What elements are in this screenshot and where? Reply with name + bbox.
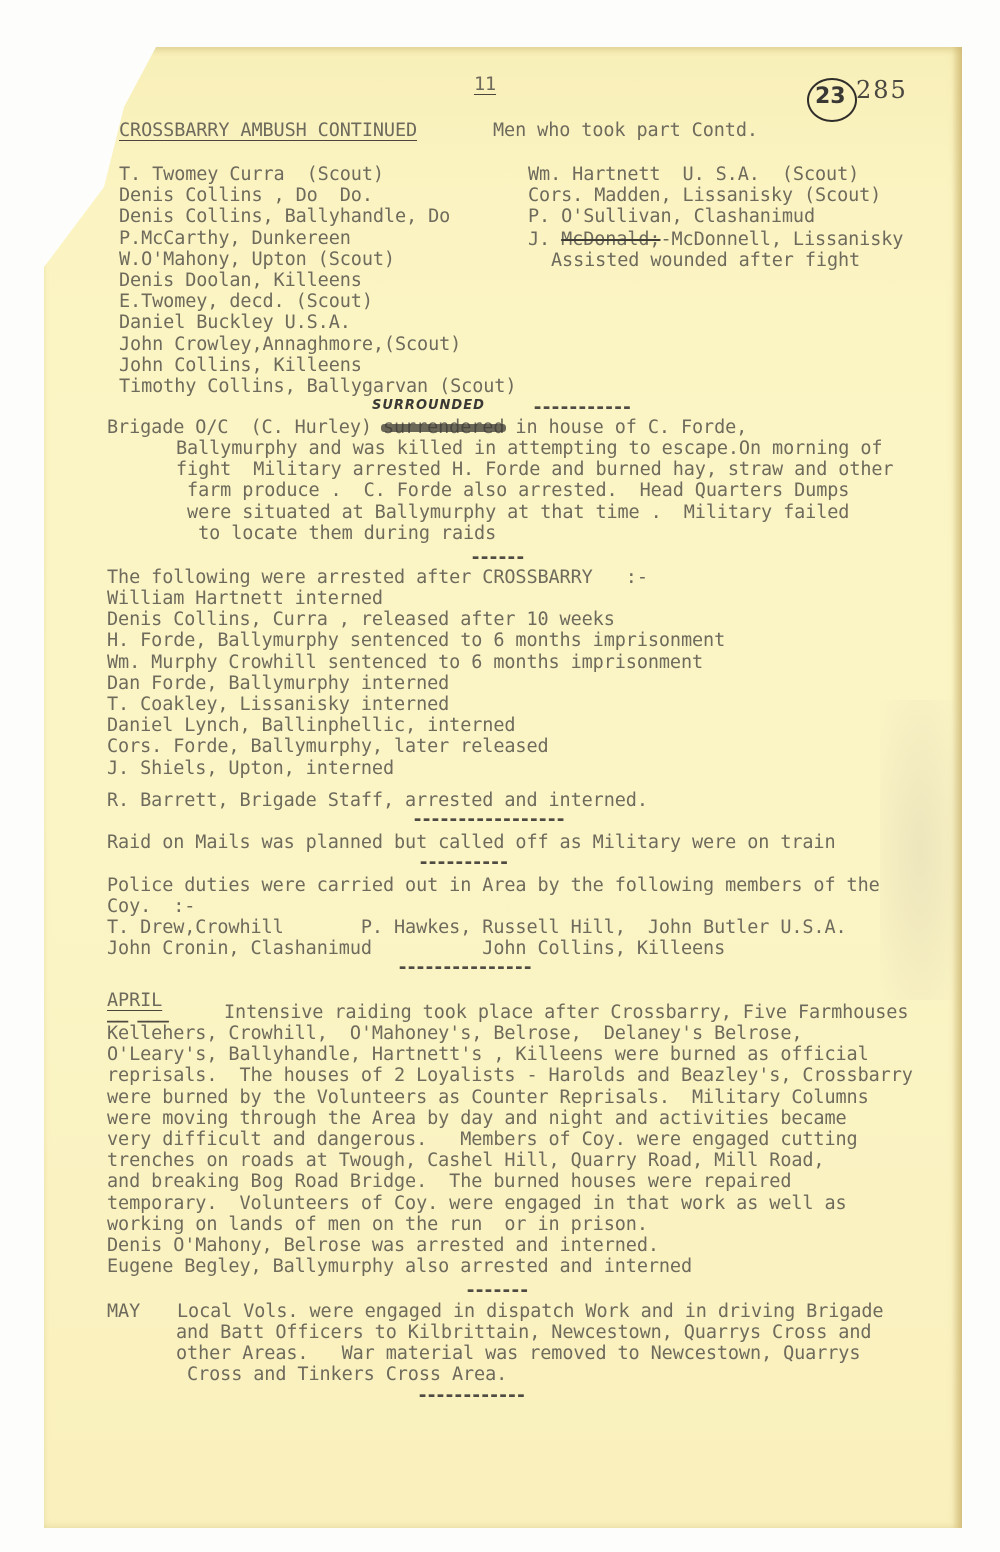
participant-mcdonnell-rest: -McDonnell, Lissanisky bbox=[660, 229, 903, 250]
brigade-paragraph-line: Ballymurphy and was killed in attempting… bbox=[176, 438, 882, 459]
arrest-entry: William Hartnett interned bbox=[107, 588, 383, 609]
page-number: 11 bbox=[440, 74, 530, 95]
april-paragraph-line: trenches on roads at Twough, Cashel Hill… bbox=[107, 1150, 824, 1171]
april-first-line: Intensive raiding took place after Cross… bbox=[224, 1002, 908, 1023]
april-paragraph-line: and breaking Bog Road Bridge. The burned… bbox=[107, 1171, 791, 1192]
arrest-entry: Denis Collins, Curra , released after 10… bbox=[107, 609, 615, 630]
arrest-entry: T. Coakley, Lissanisky interned bbox=[107, 694, 449, 715]
brigade-paragraph-line: were situated at Ballymurphy at that tim… bbox=[176, 502, 849, 523]
separator-6: ------- bbox=[465, 1280, 528, 1301]
participant-entry: Denis Collins, Ballyhandle, Do bbox=[119, 206, 450, 227]
handwritten-correction: SURROUNDED bbox=[372, 398, 485, 413]
participant-entry: W.O'Mahony, Upton (Scout) bbox=[119, 249, 395, 270]
participant-entry: Daniel Buckley U.S.A. bbox=[119, 312, 351, 333]
brigade-paragraph-line: to locate them during raids bbox=[176, 523, 496, 544]
participant-entry: T. Twomey Curra (Scout) bbox=[119, 164, 384, 185]
april-underline-dash: __ ___ bbox=[107, 1002, 168, 1023]
may-paragraph-line: other Areas. War material was removed to… bbox=[176, 1343, 860, 1364]
police-intro-line1: Police duties were carried out in Area b… bbox=[107, 875, 880, 896]
april-paragraph-line: were moving through the Area by day and … bbox=[107, 1108, 847, 1129]
april-paragraph-line: Eugene Begley, Ballymurphy also arrested… bbox=[107, 1256, 692, 1277]
april-paragraph-line: reprisals. The houses of 2 Loyalists - H… bbox=[107, 1065, 913, 1086]
participant-entry: Denis Doolan, Killeens bbox=[119, 270, 362, 291]
may-label: MAY bbox=[107, 1301, 140, 1322]
arrest-entry: Daniel Lynch, Ballinphellic, interned bbox=[107, 715, 515, 736]
participant-entry: John Crowley,Annaghmore,(Scout) bbox=[119, 334, 461, 355]
raid-on-mails: Raid on Mails was planned but called off… bbox=[107, 832, 836, 853]
handwritten-folio-number: 23 bbox=[815, 84, 846, 109]
april-paragraph-line: temporary. Volunteers of Coy. were engag… bbox=[107, 1193, 847, 1214]
separator-4: ---------- bbox=[418, 852, 507, 873]
separator-5: --------------- bbox=[397, 957, 531, 978]
participant-entry: E.Twomey, decd. (Scout) bbox=[119, 291, 373, 312]
participant-entry: P. O'Sullivan, Clashanimud bbox=[528, 206, 815, 227]
separator-1: ----------- bbox=[532, 397, 630, 418]
struck-name: McDonald; bbox=[561, 229, 660, 250]
may-paragraph-line: and Batt Officers to Kilbrittain, Newces… bbox=[176, 1322, 871, 1343]
brigade-first-line: Brigade O/C (C. Hurley) surrendered in h… bbox=[107, 417, 747, 438]
arrests-intro: The following were arrested after CROSSB… bbox=[107, 567, 648, 588]
arrest-entry: Wm. Murphy Crowhill sentenced to 6 month… bbox=[107, 652, 703, 673]
participant-entry: John Collins, Killeens bbox=[119, 355, 362, 376]
april-paragraph-line: working on lands of men on the run or in… bbox=[107, 1214, 648, 1235]
police-members-row1: T. Drew,Crowhill P. Hawkes, Russell Hill… bbox=[107, 917, 847, 938]
participants-note: Assisted wounded after fight bbox=[551, 250, 860, 271]
police-intro-line2: Coy. :- bbox=[107, 896, 195, 917]
participant-mcdonnell-prefix: J. bbox=[528, 229, 561, 250]
april-paragraph-line: O'Leary's, Ballyhandle, Hartnett's , Kil… bbox=[107, 1044, 869, 1065]
struck-word: surrendered bbox=[383, 417, 504, 438]
paper-stain bbox=[880, 700, 960, 1000]
stamped-folio-number: 285 bbox=[856, 76, 908, 104]
participant-entry: Denis Collins , Do Do. bbox=[119, 185, 373, 206]
section-title: CROSSBARRY AMBUSH CONTINUED bbox=[119, 120, 417, 141]
april-paragraph-line: very difficult and dangerous. Members of… bbox=[107, 1129, 858, 1150]
may-first-line: Local Vols. were engaged in dispatch Wor… bbox=[177, 1301, 883, 1322]
april-paragraph-line: Kellehers, Crowhill, O'Mahoney's, Belros… bbox=[107, 1023, 802, 1044]
arrest-entry: J. Shiels, Upton, interned bbox=[107, 758, 394, 779]
brigade-paragraph-line: farm produce . C. Forde also arrested. H… bbox=[176, 480, 849, 501]
participant-mcdonnell: J. McDonald;-McDonnell, Lissanisky bbox=[528, 229, 903, 250]
arrest-entry: H. Forde, Ballymurphy sentenced to 6 mon… bbox=[107, 630, 725, 651]
may-paragraph-line: Cross and Tinkers Cross Area. bbox=[176, 1364, 507, 1385]
participant-entry: Wm. Hartnett U. S.A. (Scout) bbox=[528, 164, 859, 185]
separator-7: ------------ bbox=[417, 1385, 524, 1406]
brigade-paragraph-line: fight Military arrested H. Forde and bur… bbox=[176, 459, 893, 480]
arrest-entry: Cors. Forde, Ballymurphy, later released bbox=[107, 736, 549, 757]
arrest-entry: Dan Forde, Ballymurphy interned bbox=[107, 673, 449, 694]
participant-entry: P.McCarthy, Dunkereen bbox=[119, 228, 351, 249]
april-paragraph-line: were burned by the Volunteers as Counter… bbox=[107, 1087, 869, 1108]
arrest-staff: R. Barrett, Brigade Staff, arrested and … bbox=[107, 790, 648, 811]
separator-3: ----------------- bbox=[412, 809, 564, 830]
brigade-prefix: Brigade O/C (C. Hurley) bbox=[107, 417, 383, 438]
brigade-suffix: in house of C. Forde, bbox=[504, 417, 747, 438]
separator-2: ------ bbox=[470, 547, 524, 568]
april-paragraph-line: Denis O'Mahony, Belrose was arrested and… bbox=[107, 1235, 659, 1256]
participant-entry: Cors. Madden, Lissanisky (Scout) bbox=[528, 185, 881, 206]
participant-entry: Timothy Collins, Ballygarvan (Scout) bbox=[119, 376, 516, 397]
section-subtitle: Men who took part Contd. bbox=[493, 120, 758, 141]
